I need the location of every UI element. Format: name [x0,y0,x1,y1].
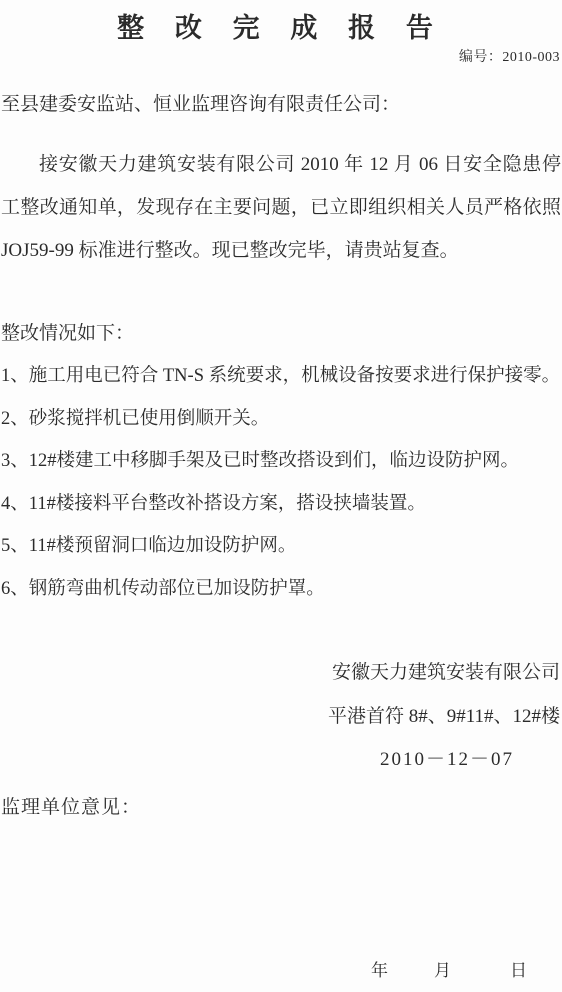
date-month-label: 月 [434,961,451,980]
rectification-item: 1、施工用电已符合 TN-S 系统要求，机械设备按要求进行保护接零。 [1,355,562,398]
rectification-item: 2、砂浆搅拌机已使用倒顺开关。 [1,398,562,441]
signature-company: 安徽天力建筑安装有限公司 [328,651,560,695]
signature-date: 2010－12－07 [328,738,560,782]
rectification-status-heading: 整改情况如下： [1,320,134,348]
rectification-items: 1、施工用电已符合 TN-S 系统要求，机械设备按要求进行保护接零。 2、砂浆搅… [1,355,562,611]
supervisor-opinion-label: 监理单位意见： [1,792,141,819]
intro-paragraph: 接安徽天力建筑安装有限公司 2010 年 12 月 06 日安全隐患停工整改通知… [1,143,561,272]
rectification-item: 3、12#楼建工中移脚手架及已时整改搭设到们，临边设防护网。 [1,440,562,483]
report-title: 整 改 完 成 报 告 [0,6,562,45]
date-day-label: 日 [510,961,527,980]
blank-date-line: 年月日 [371,956,527,981]
rectification-item: 6、钢筋弯曲机传动部位已加设防护罩。 [1,568,562,611]
recipient-line: 至县建委安监站、恒业监理咨询有限责任公司： [1,92,562,118]
rectification-item: 4、11#楼接料平台整改补搭设方案，搭设挟墙装置。 [1,483,562,526]
date-year-label: 年 [371,961,388,980]
doc-number: 编号：2010-003 [459,46,560,66]
report-page: 整 改 完 成 报 告 编号：2010-003 至县建委安监站、恒业监理咨询有限… [0,0,562,992]
rectification-item: 5、11#楼预留洞口临边加设防护网。 [1,525,562,568]
signature-block: 安徽天力建筑安装有限公司 平港首符 8#、9#11#、12#楼 2010－12－… [328,651,560,782]
signature-project: 平港首符 8#、9#11#、12#楼 [328,695,560,739]
